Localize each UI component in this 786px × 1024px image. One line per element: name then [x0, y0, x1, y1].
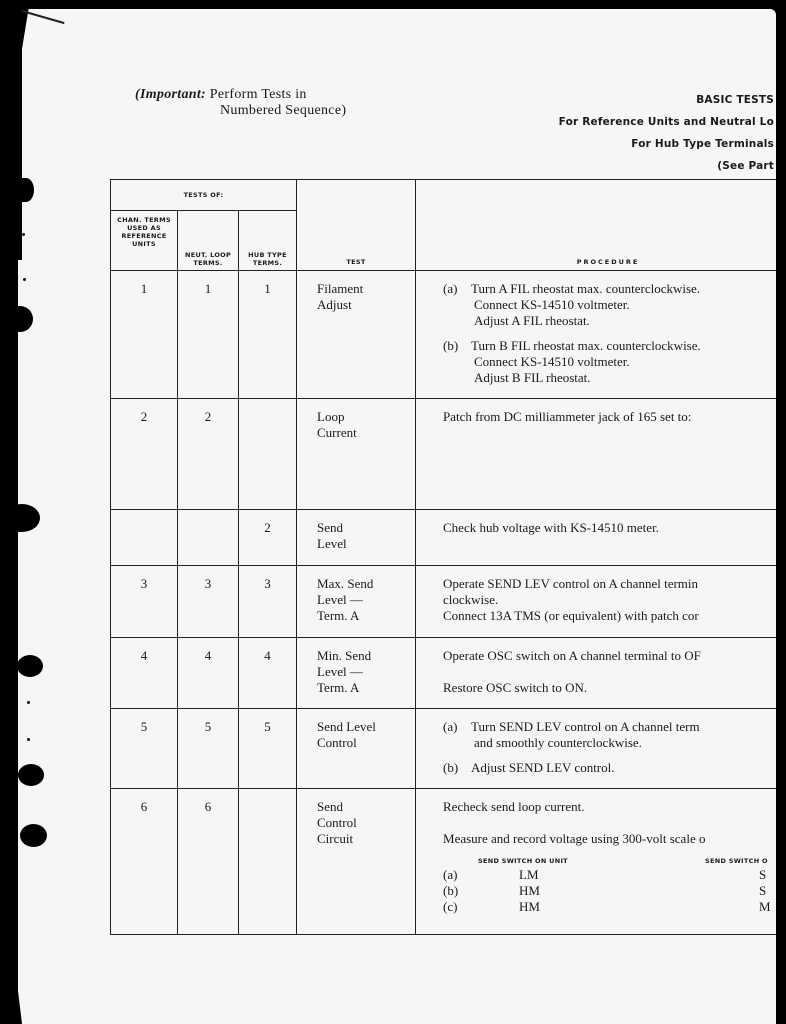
cell-neut: 5 — [178, 709, 239, 789]
scan-edge-right-overlay — [776, 0, 786, 1024]
step-line: Recheck send loop current. — [443, 799, 786, 815]
table-row: 2 2 Loop Current Patch from DC milliamme… — [111, 399, 786, 510]
step-line: Adjust B FIL rheostat. — [443, 370, 786, 386]
test-line: Level — [317, 536, 415, 552]
cell-neut — [178, 510, 239, 566]
cell-chan: 4 — [111, 638, 178, 709]
procedure-step: (b)Adjust SEND LEV control. — [443, 760, 786, 776]
cell-procedure: (a)Turn SEND LEV control on A channel te… — [416, 709, 786, 789]
basic-tests-table: TESTS OF: TEST PROCEDURE CHAN. TERMS USE… — [110, 179, 786, 935]
cell-neut: 1 — [178, 271, 239, 399]
switch-row: (a) LM S — [443, 867, 786, 883]
cell-hub — [239, 399, 297, 510]
table-row: 1 1 1 Filament Adjust (a)Turn A FIL rheo… — [111, 271, 786, 399]
cell-procedure: Operate SEND LEV control on A channel te… — [416, 566, 786, 638]
cell-test: Max. Send Level — Term. A — [297, 566, 416, 638]
switch-table-header: SEND SWITCH ON UNIT SEND SWITCH O — [443, 853, 786, 867]
step-line: Operate SEND LEV control on A channel te… — [443, 576, 786, 592]
test-line: Send — [317, 520, 415, 536]
cell-hub: 2 — [239, 510, 297, 566]
cell-hub — [239, 789, 297, 935]
speck-icon — [22, 233, 25, 236]
header-neut-loop-terms: NEUT. LOOP TERMS. — [178, 211, 239, 271]
switch-other-value: M — [759, 899, 771, 915]
note-line-2: Numbered Sequence) — [135, 103, 346, 119]
step-label: (a) — [443, 281, 471, 297]
binder-hole-icon — [4, 504, 40, 532]
title-hub-terminals: For Hub Type Terminals — [559, 133, 774, 155]
cell-hub: 3 — [239, 566, 297, 638]
binder-hole-icon — [20, 824, 47, 847]
cell-procedure: Operate OSC switch on A channel terminal… — [416, 638, 786, 709]
test-line: Filament — [317, 281, 415, 297]
test-line: Control — [317, 815, 415, 831]
cell-chan — [111, 510, 178, 566]
cell-test: Send Control Circuit — [297, 789, 416, 935]
switch-other-value: S — [759, 867, 766, 883]
title-basic-tests: BASIC TESTS — [559, 89, 774, 111]
speck-icon — [23, 278, 26, 281]
procedure-step: (a)Turn A FIL rheostat max. counterclock… — [443, 281, 786, 329]
header-hub-type-terms: HUB TYPE TERMS. — [239, 211, 297, 271]
cell-neut: 3 — [178, 566, 239, 638]
note-line-1: Perform Tests in — [210, 87, 307, 102]
test-line: Send Level — [317, 719, 415, 735]
test-line: Term. A — [317, 608, 415, 624]
header-test: TEST — [297, 180, 416, 271]
step-line: Check hub voltage with KS-14510 meter. — [443, 520, 786, 536]
binder-hole-icon — [7, 306, 33, 332]
test-line: Max. Send — [317, 576, 415, 592]
note-lead: (Important: — [135, 87, 206, 102]
step-line: and smoothly counterclockwise. — [443, 735, 786, 751]
switch-label: (c) — [443, 899, 457, 915]
step-line: Turn B FIL rheostat max. counterclockwis… — [471, 338, 701, 353]
cell-procedure: Recheck send loop current. Measure and r… — [416, 789, 786, 935]
step-line: Operate OSC switch on A channel terminal… — [443, 648, 786, 664]
binder-hole-icon — [18, 764, 44, 786]
step-line: Measure and record voltage using 300-vol… — [443, 831, 786, 847]
cell-neut: 2 — [178, 399, 239, 510]
cell-neut: 6 — [178, 789, 239, 935]
cell-test: Send Level — [297, 510, 416, 566]
test-line: Circuit — [317, 831, 415, 847]
cell-hub: 5 — [239, 709, 297, 789]
step-label: (a) — [443, 719, 471, 735]
step-line: Turn A FIL rheostat max. counterclockwis… — [471, 281, 700, 296]
test-line: Send — [317, 799, 415, 815]
cell-hub: 4 — [239, 638, 297, 709]
header-chan-terms: CHAN. TERMS USED AS REFERENCE UNITS — [111, 211, 178, 271]
procedure-step: (b)Turn B FIL rheostat max. counterclock… — [443, 338, 786, 386]
step-line: Connect KS-14510 voltmeter. — [443, 354, 786, 370]
binder-hole-icon — [17, 655, 43, 677]
section-title-block: BASIC TESTS For Reference Units and Neut… — [559, 89, 774, 177]
switch-unit-value: LM — [519, 867, 539, 883]
table-row: 3 3 3 Max. Send Level — Term. A Operate … — [111, 566, 786, 638]
step-line: Connect 13A TMS (or equivalent) with pat… — [443, 608, 786, 624]
cell-chan: 2 — [111, 399, 178, 510]
header-tests-of: TESTS OF: — [111, 180, 297, 211]
test-line: Level — — [317, 592, 415, 608]
cell-test: Loop Current — [297, 399, 416, 510]
switch-unit-value: HM — [519, 899, 540, 915]
step-line: Connect KS-14510 voltmeter. — [443, 297, 786, 313]
title-see-part: (See Part — [559, 155, 774, 177]
cell-test: Filament Adjust — [297, 271, 416, 399]
step-line: Turn SEND LEV control on A channel term — [471, 719, 700, 734]
step-line: clockwise. — [443, 592, 786, 608]
cell-test: Send Level Control — [297, 709, 416, 789]
cell-procedure: (a)Turn A FIL rheostat max. counterclock… — [416, 271, 786, 399]
cell-test: Min. Send Level — Term. A — [297, 638, 416, 709]
test-line: Level — — [317, 664, 415, 680]
test-line: Adjust — [317, 297, 415, 313]
test-line: Current — [317, 425, 415, 441]
step-line: Patch from DC milliammeter jack of 165 s… — [443, 409, 786, 425]
title-reference-units: For Reference Units and Neutral Lo — [559, 111, 774, 133]
switch-row: (b) HM S — [443, 883, 786, 899]
cell-hub: 1 — [239, 271, 297, 399]
table-row: 2 Send Level Check hub voltage with KS-1… — [111, 510, 786, 566]
switch-unit-value: HM — [519, 883, 540, 899]
test-line: Control — [317, 735, 415, 751]
switch-row: (c) HM M — [443, 899, 786, 915]
switch-label: (b) — [443, 883, 458, 899]
header-procedure: PROCEDURE — [416, 180, 786, 271]
test-line: Loop — [317, 409, 415, 425]
sequence-note: (Important: Perform Tests in Numbered Se… — [135, 87, 346, 119]
cell-chan: 5 — [111, 709, 178, 789]
switch-label: (a) — [443, 867, 457, 883]
speck-icon — [27, 738, 30, 741]
step-label: (b) — [443, 760, 471, 776]
switch-other-value: S — [759, 883, 766, 899]
table-row: 4 4 4 Min. Send Level — Term. A Operate … — [111, 638, 786, 709]
cell-procedure: Check hub voltage with KS-14510 meter. — [416, 510, 786, 566]
cell-chan: 3 — [111, 566, 178, 638]
test-line: Term. A — [317, 680, 415, 696]
cell-chan: 1 — [111, 271, 178, 399]
speck-icon — [27, 701, 30, 704]
table-row: 5 5 5 Send Level Control (a)Turn SEND LE… — [111, 709, 786, 789]
step-label: (b) — [443, 338, 471, 354]
step-line: Adjust SEND LEV control. — [471, 760, 614, 775]
step-line: Adjust A FIL rheostat. — [443, 313, 786, 329]
test-line: Min. Send — [317, 648, 415, 664]
cell-chan: 6 — [111, 789, 178, 935]
table-row: 6 6 Send Control Circuit Recheck send lo… — [111, 789, 786, 935]
step-line: Restore OSC switch to ON. — [443, 680, 786, 696]
cell-procedure: Patch from DC milliammeter jack of 165 s… — [416, 399, 786, 510]
binder-hole-icon — [18, 178, 34, 202]
cell-neut: 4 — [178, 638, 239, 709]
procedure-step: (a)Turn SEND LEV control on A channel te… — [443, 719, 786, 751]
